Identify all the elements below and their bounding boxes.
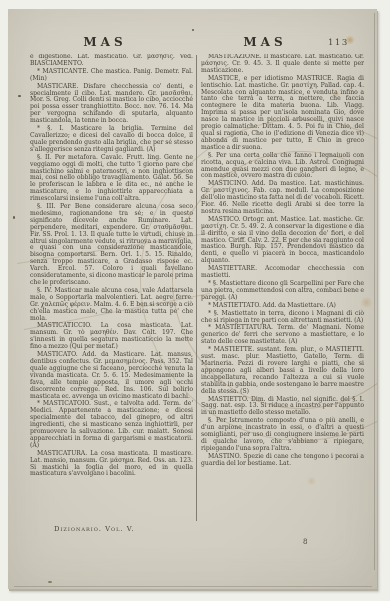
running-header-left: MAS [83, 35, 126, 49]
dictionary-paragraph: * MASTIETTATO. Add. da Mastiettare. (A) [201, 303, 364, 310]
dictionary-paragraph: §. III. Per Bene considerare alcuna cosa… [30, 204, 193, 287]
signature-mark: 8 [303, 538, 307, 546]
dictionary-paragraph: §. IV. Masticar male alcuna cosa, vale A… [30, 288, 193, 323]
column-divider-rule [196, 55, 197, 521]
dictionary-paragraph: MASTIETTO. Dim. di Mastio, nel signific.… [201, 397, 364, 418]
dictionary-paragraph: MASTICATO. Add. da Masticare. Lat. mansu… [30, 352, 193, 400]
right-column: MASTICAZIONE. Il masticare. Lat. mastica… [201, 54, 364, 522]
dictionary-paragraph: §. Per Istrumento composto d'una o più a… [201, 418, 364, 453]
dictionary-paragraph: * MASTIETTATURA. Term. de' Magnani. Nome… [201, 325, 364, 346]
dictionary-paragraph: MASTIETTARE. Accomodar checchessia con m… [201, 266, 364, 280]
ink-speck [48, 581, 52, 583]
ink-speck [13, 216, 15, 219]
dictionary-paragraph: MASTICARE. Disfare checchessia co' denti… [30, 84, 193, 125]
volume-footer-label: Dizionario. Vol. V. [54, 525, 135, 533]
page-edge-line [14, 586, 372, 587]
dictionary-paragraph: * MASTIETTE. sustant. fem. plur., o MAST… [201, 347, 364, 395]
dictionary-paragraph: MASTICINO. Add. Da mastice. Lat. mastich… [201, 181, 364, 216]
page-number: 113 [328, 38, 349, 48]
dictionary-paragraph: MASTICO. Ortogr. ant. Mastice. Lat. mast… [201, 217, 364, 265]
dictionary-paragraph: MASTICAZIONE. Il masticare. Lat. mastica… [201, 54, 364, 75]
ink-speck [18, 95, 21, 97]
dictionary-paragraph: §. Per una certa colla che fanno i legna… [201, 153, 364, 181]
dictionary-paragraph: e digestione. Lat. masticatio. Gr. μάσησ… [30, 54, 193, 68]
dictionary-paragraph: * §. I. Masticare la briglia. Termine de… [30, 126, 193, 154]
dictionary-paragraph: * MASTICANTE. Che mastica. Panig. Demetr… [30, 69, 193, 83]
dictionary-paragraph: * §. Mastiettare dicono gli Scarpellini … [201, 281, 364, 302]
dictionary-paragraph: * §. Mastiettato in terra, dicono i Magn… [201, 311, 364, 325]
dictionary-paragraph: MASTINO. Spezie di cane che tengono i pe… [201, 454, 364, 468]
text-columns: e digestione. Lat. masticatio. Gr. μάσησ… [30, 54, 364, 522]
running-header-right: MAS [243, 35, 286, 49]
dictionary-paragraph: §. II. Per metafora. Cavalc. Frutt. ling… [30, 155, 193, 203]
left-column: e digestione. Lat. masticatio. Gr. μάσησ… [30, 54, 193, 522]
page-edge-line [374, 13, 375, 570]
dictionary-paragraph: MASTICE, e per idiotismo MASTRICE. Ragia… [201, 76, 364, 152]
dictionary-paragraph: MASTICATURA. La cosa masticata. Il masti… [30, 451, 193, 479]
ink-speck [192, 29, 194, 31]
dictionary-paragraph: * MASTICATOIO. Sust., e talvolta add. Te… [30, 401, 193, 449]
scanned-dictionary-page: MAS MAS 113 e digestione. Lat. masticati… [8, 9, 377, 589]
dictionary-paragraph: MASTICATICCIO. La cosa masticata. Lat. m… [30, 323, 193, 351]
